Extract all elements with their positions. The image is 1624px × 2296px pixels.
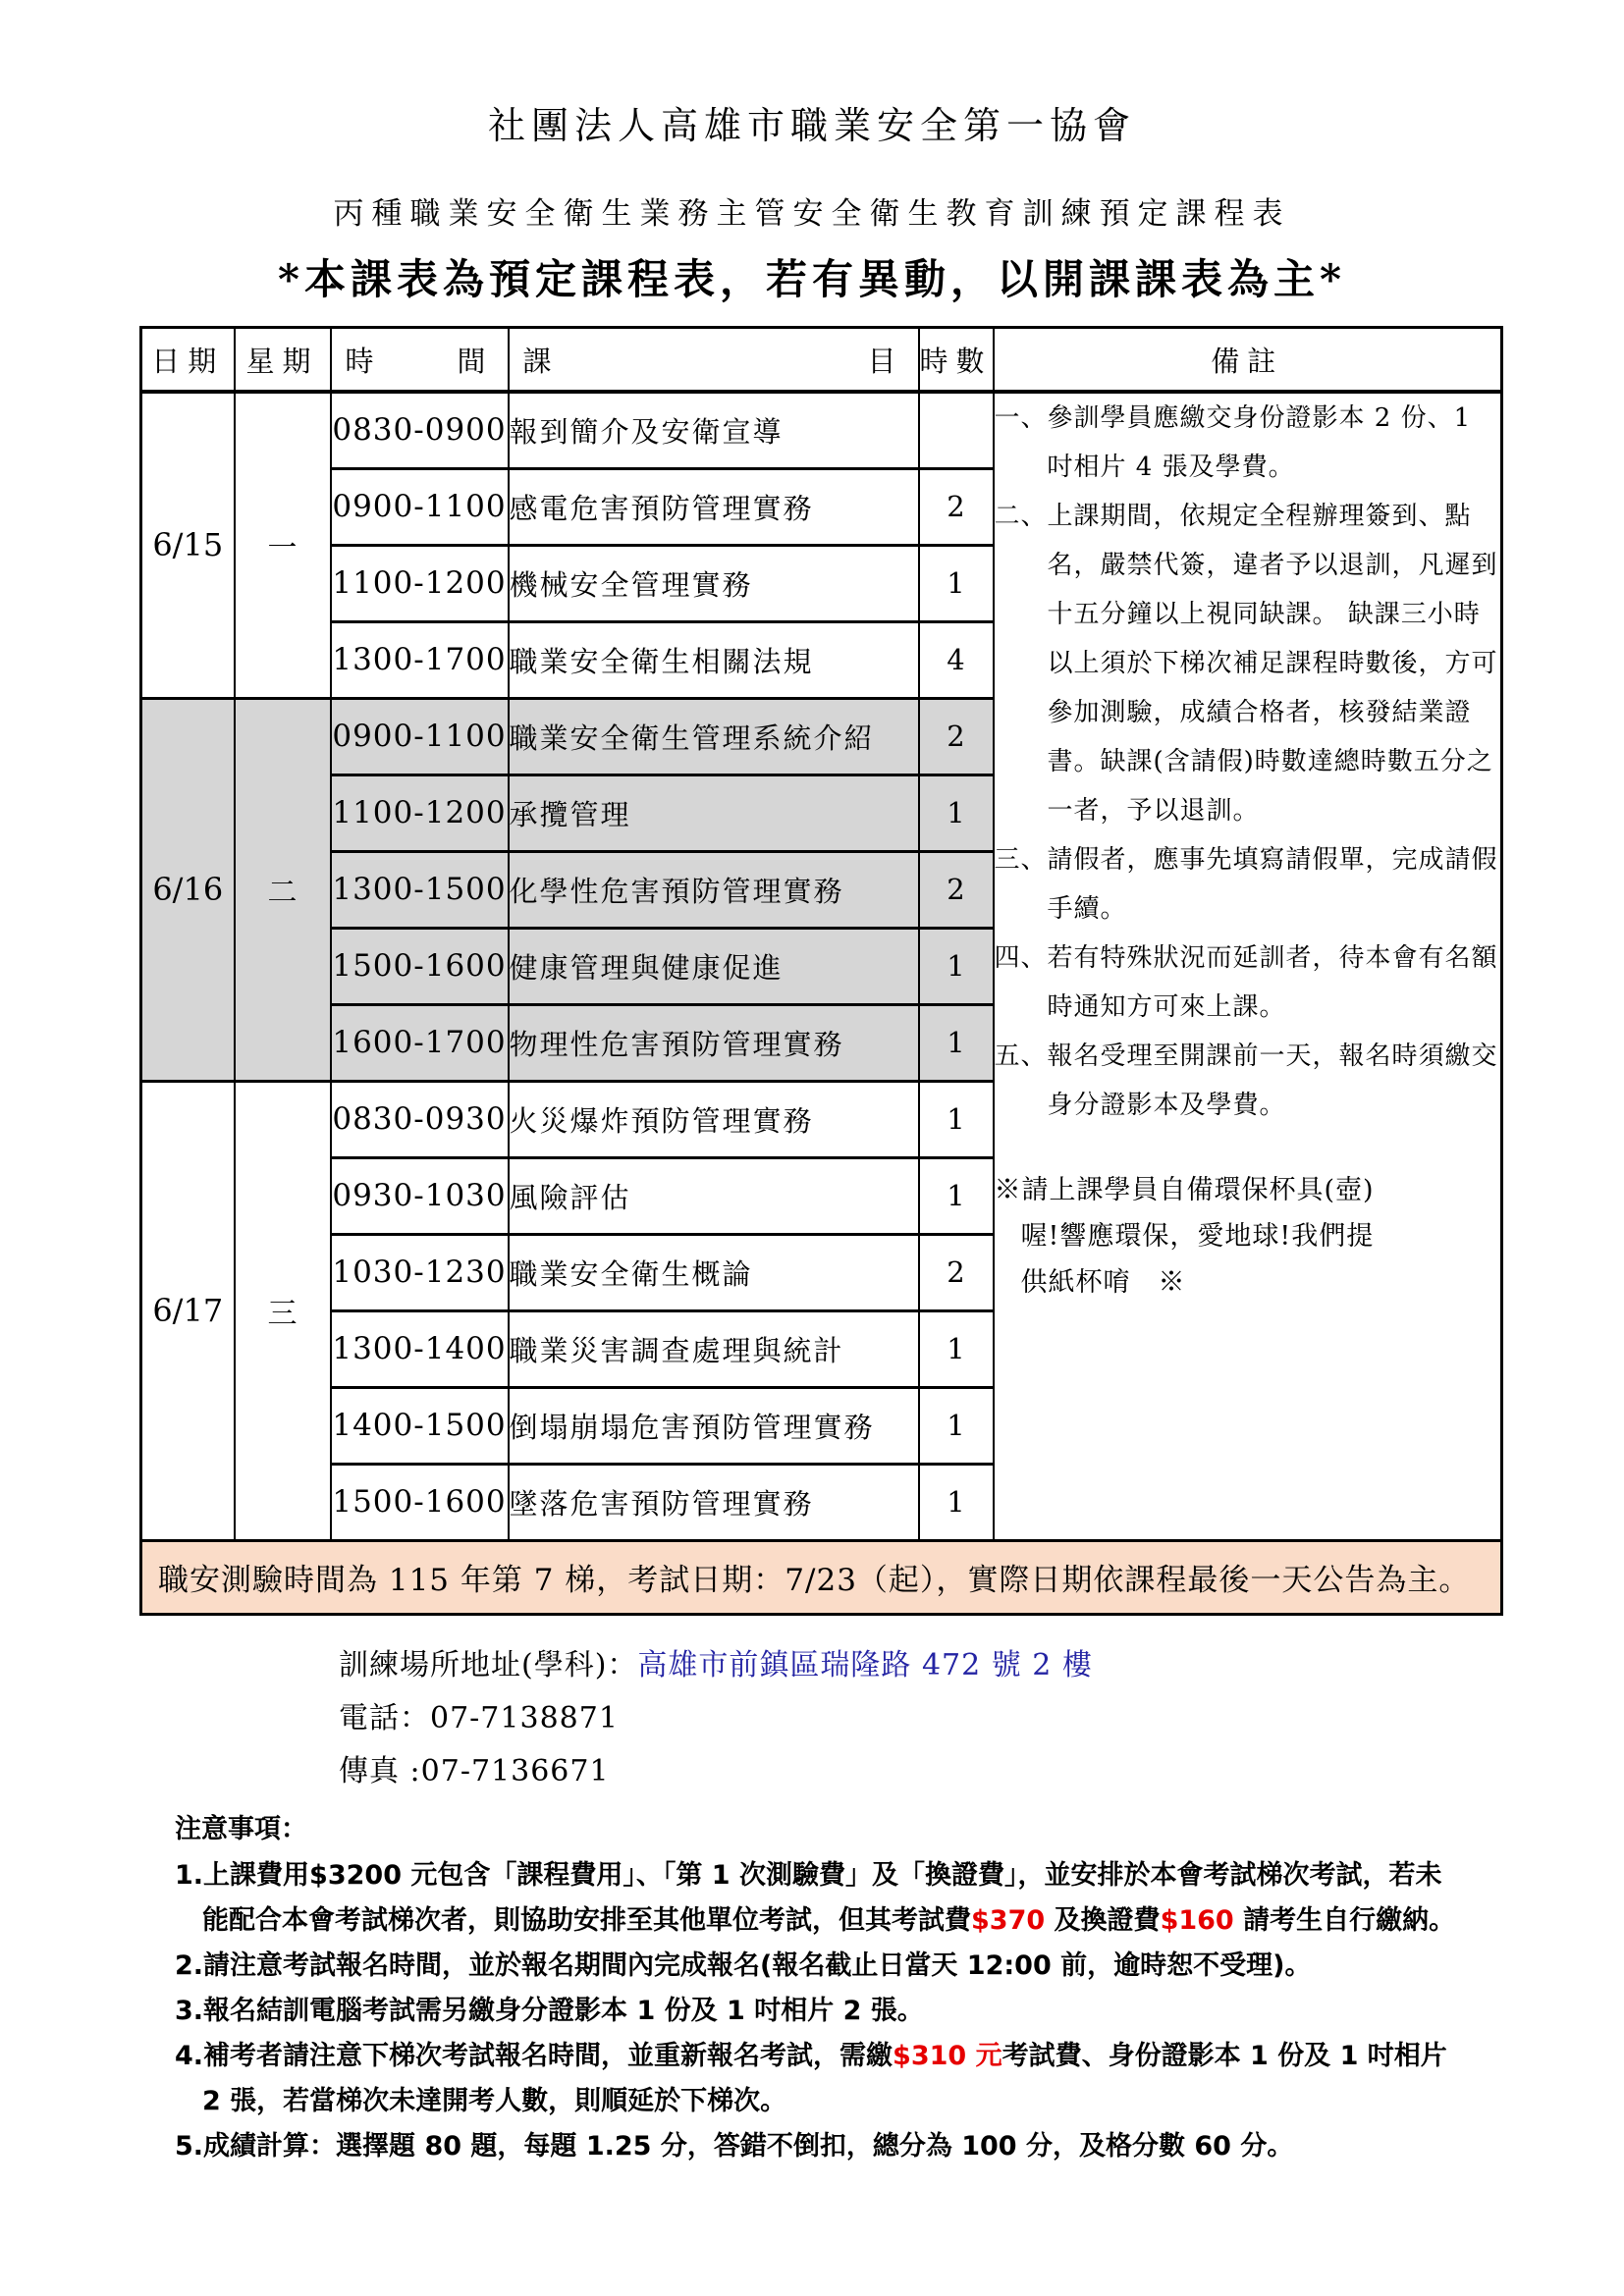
hours-cell: 1 xyxy=(919,1157,994,1234)
note-text: 4.補考者請注意下梯次考試報名時間，並重新報名考試，需繳 xyxy=(175,2041,893,2071)
remark-item: 四、若有特殊狀況而延訓者，待本會有名額時通知方可來上課。 xyxy=(995,934,1501,1032)
remark-item: 二、上課期間，依規定全程辦理簽到、點名，嚴禁代簽，違者予以退訓，凡遲到十五分鐘以… xyxy=(995,492,1501,835)
course-schedule-table: 日期 星期 時 間 課 目 時數 備註 6/15一0830-0900報到簡介及安… xyxy=(139,326,1503,1616)
training-address-line: 訓練場所地址(學科)：高雄市前鎮區瑞隆路 472 號 2 樓 xyxy=(339,1639,1624,1692)
time-cell: 1030-1230 xyxy=(331,1234,509,1310)
hours-cell: 1 xyxy=(919,545,994,621)
subject-cell: 化學性危害預防管理實務 xyxy=(509,851,919,928)
weekday-cell: 一 xyxy=(235,392,331,698)
note-text: 5.成績計算：選擇題 80 題，每題 1.25 分，答錯不倒扣，總分為 100 … xyxy=(175,2131,1293,2162)
hours-cell: 2 xyxy=(919,1234,994,1310)
date-cell: 6/15 xyxy=(141,392,235,698)
time-cell: 1100-1200 xyxy=(331,774,509,851)
hours-cell: 1 xyxy=(919,1081,994,1157)
course-row: 6/15一0830-0900報到簡介及安衛宣導一、參訓學員應繳交身份證影本 2 … xyxy=(141,392,1502,468)
subject-cell: 感電危害預防管理實務 xyxy=(509,468,919,545)
page-title: 社團法人高雄市職業安全第一協會 xyxy=(0,102,1624,149)
subject-cell: 職業災害調查處理與統計 xyxy=(509,1310,919,1387)
note-text: 3.報名結訓電腦考試需另繳身分證影本 1 份及 1 吋相片 2 張。 xyxy=(175,1996,924,2026)
remark-text: 參訓學員應繳交身份證影本 2 份、1 吋相片 4 張及學費。 xyxy=(1048,403,1472,482)
eco-note-line: 喔!響應環保，愛地球!我們提 xyxy=(995,1213,1501,1259)
note-highlight-red: $310 元 xyxy=(893,2041,1002,2071)
eco-note: ※請上課學員自備環保杯具(壺)喔!響應環保，愛地球!我們提供紙杯唷 ※ xyxy=(995,1167,1501,1306)
remark-text: 若有特殊狀況而延訓者，待本會有名額時通知方可來上課。 xyxy=(1048,943,1498,1022)
time-cell: 1100-1200 xyxy=(331,545,509,621)
note-item: 4.補考者請注意下梯次考試報名時間，並重新報名考試，需繳$310 元考試費、身份… xyxy=(175,2034,1466,2124)
time-cell: 1500-1600 xyxy=(331,1464,509,1540)
eco-note-line: 供紙杯唷 ※ xyxy=(995,1259,1501,1306)
time-cell: 0830-0900 xyxy=(331,392,509,468)
note-item: 2.請注意考試報名時間，並於報名期間內完成報名(報名截止日當天 12:00 前，… xyxy=(175,1944,1466,1989)
time-cell: 1400-1500 xyxy=(331,1387,509,1464)
date-cell: 6/17 xyxy=(141,1081,235,1540)
address-value: 高雄市前鎮區瑞隆路 472 號 2 樓 xyxy=(637,1648,1093,1682)
time-cell: 0900-1100 xyxy=(331,468,509,545)
hours-cell: 2 xyxy=(919,851,994,928)
remark-item: 三、請假者，應事先填寫請假單，完成請假手續。 xyxy=(995,835,1501,934)
header-remarks: 備註 xyxy=(994,328,1502,393)
header-weekday: 星期 xyxy=(235,328,331,393)
schedule-body: 6/15一0830-0900報到簡介及安衛宣導一、參訓學員應繳交身份證影本 2 … xyxy=(141,392,1502,1614)
subject-cell: 火災爆炸預防管理實務 xyxy=(509,1081,919,1157)
note-highlight-red: $370 xyxy=(971,1905,1045,1936)
header-date: 日期 xyxy=(141,328,235,393)
schedule-disclaimer: *本課表為預定課程表，若有異動，以開課課表為主* xyxy=(0,255,1624,304)
remark-label: 一、 xyxy=(995,403,1048,433)
subject-cell: 健康管理與健康促進 xyxy=(509,928,919,1004)
note-item: 1.上課費用$3200 元包含「課程費用」、「第 1 次測驗費」及「換證費」，並… xyxy=(175,1853,1466,1944)
remark-item: 五、報名受理至開課前一天，報名時須繳交身分證影本及學費。 xyxy=(995,1032,1501,1130)
subject-cell: 物理性危害預防管理實務 xyxy=(509,1004,919,1081)
address-label: 訓練場所地址(學科)： xyxy=(339,1648,637,1682)
hours-cell: 1 xyxy=(919,1004,994,1081)
subject-cell: 職業安全衛生管理系統介紹 xyxy=(509,698,919,774)
hours-cell xyxy=(919,392,994,468)
hours-cell: 1 xyxy=(919,774,994,851)
fax-line: 傳真 :07-7136671 xyxy=(339,1745,1624,1798)
note-text: 請考生自行繳納。 xyxy=(1234,1905,1455,1936)
time-cell: 1600-1700 xyxy=(331,1004,509,1081)
note-text: 及換證費 xyxy=(1045,1905,1160,1936)
exam-notice-row: 職安測驗時間為 115 年第 7 梯，考試日期：7/23（起），實際日期依課程最… xyxy=(141,1540,1502,1614)
hours-cell: 2 xyxy=(919,698,994,774)
remark-label: 三、 xyxy=(995,845,1048,875)
notes-heading: 注意事項： xyxy=(175,1806,1466,1853)
header-hours: 時數 xyxy=(919,328,994,393)
remarks-cell: 一、參訓學員應繳交身份證影本 2 份、1 吋相片 4 張及學費。二、上課期間，依… xyxy=(994,392,1502,1540)
hours-cell: 1 xyxy=(919,1464,994,1540)
eco-note-line: ※請上課學員自備環保杯具(壺) xyxy=(995,1167,1501,1213)
note-text: 2.請注意考試報名時間，並於報名期間內完成報名(報名截止日當天 12:00 前，… xyxy=(175,1950,1311,1981)
subject-cell: 倒塌崩塌危害預防管理實務 xyxy=(509,1387,919,1464)
hours-cell: 2 xyxy=(919,468,994,545)
subject-cell: 墜落危害預防管理實務 xyxy=(509,1464,919,1540)
subject-cell: 風險評估 xyxy=(509,1157,919,1234)
schedule-header-row: 日期 星期 時 間 課 目 時數 備註 xyxy=(141,328,1502,393)
remark-label: 四、 xyxy=(995,943,1048,973)
contact-block: 訓練場所地址(學科)：高雄市前鎮區瑞隆路 472 號 2 樓 電話：07-713… xyxy=(339,1639,1624,1798)
remark-text: 上課期間，依規定全程辦理簽到、點名，嚴禁代簽，違者予以退訓，凡遲到十五分鐘以上視… xyxy=(1048,502,1498,826)
subject-cell: 承攬管理 xyxy=(509,774,919,851)
page-subtitle: 丙種職業安全衛生業務主管安全衛生教育訓練預定課程表 xyxy=(0,194,1624,234)
phone-line: 電話：07-7138871 xyxy=(339,1692,1624,1745)
time-cell: 0830-0930 xyxy=(331,1081,509,1157)
notes-section: 注意事項： 1.上課費用$3200 元包含「課程費用」、「第 1 次測驗費」及「… xyxy=(175,1806,1466,2169)
date-cell: 6/16 xyxy=(141,698,235,1081)
exam-notice-cell: 職安測驗時間為 115 年第 7 梯，考試日期：7/23（起），實際日期依課程最… xyxy=(141,1540,1502,1614)
subject-cell: 職業安全衛生概論 xyxy=(509,1234,919,1310)
time-cell: 1500-1600 xyxy=(331,928,509,1004)
subject-cell: 職業安全衛生相關法規 xyxy=(509,621,919,698)
time-cell: 1300-1500 xyxy=(331,851,509,928)
header-subject: 課 目 xyxy=(509,328,919,393)
weekday-cell: 二 xyxy=(235,698,331,1081)
note-highlight-red: $160 xyxy=(1161,1905,1234,1936)
remark-item: 一、參訓學員應繳交身份證影本 2 份、1 吋相片 4 張及學費。 xyxy=(995,394,1501,492)
note-item: 5.成績計算：選擇題 80 題，每題 1.25 分，答錯不倒扣，總分為 100 … xyxy=(175,2124,1466,2169)
time-cell: 1300-1400 xyxy=(331,1310,509,1387)
hours-cell: 1 xyxy=(919,928,994,1004)
note-item: 3.報名結訓電腦考試需另繳身分證影本 1 份及 1 吋相片 2 張。 xyxy=(175,1989,1466,2034)
remark-text: 報名受理至開課前一天，報名時須繳交身分證影本及學費。 xyxy=(1048,1041,1498,1120)
remark-text: 請假者，應事先填寫請假單，完成請假手續。 xyxy=(1048,845,1498,924)
document-header: 社團法人高雄市職業安全第一協會 丙種職業安全衛生業務主管安全衛生教育訓練預定課程… xyxy=(0,0,1624,304)
time-cell: 0930-1030 xyxy=(331,1157,509,1234)
subject-cell: 報到簡介及安衛宣導 xyxy=(509,392,919,468)
notes-items: 1.上課費用$3200 元包含「課程費用」、「第 1 次測驗費」及「換證費」，並… xyxy=(175,1853,1466,2169)
hours-cell: 1 xyxy=(919,1310,994,1387)
time-cell: 1300-1700 xyxy=(331,621,509,698)
hours-cell: 1 xyxy=(919,1387,994,1464)
header-time: 時 間 xyxy=(331,328,509,393)
time-cell: 0900-1100 xyxy=(331,698,509,774)
remark-label: 五、 xyxy=(995,1041,1048,1071)
weekday-cell: 三 xyxy=(235,1081,331,1540)
subject-cell: 機械安全管理實務 xyxy=(509,545,919,621)
hours-cell: 4 xyxy=(919,621,994,698)
remark-label: 二、 xyxy=(995,502,1048,531)
